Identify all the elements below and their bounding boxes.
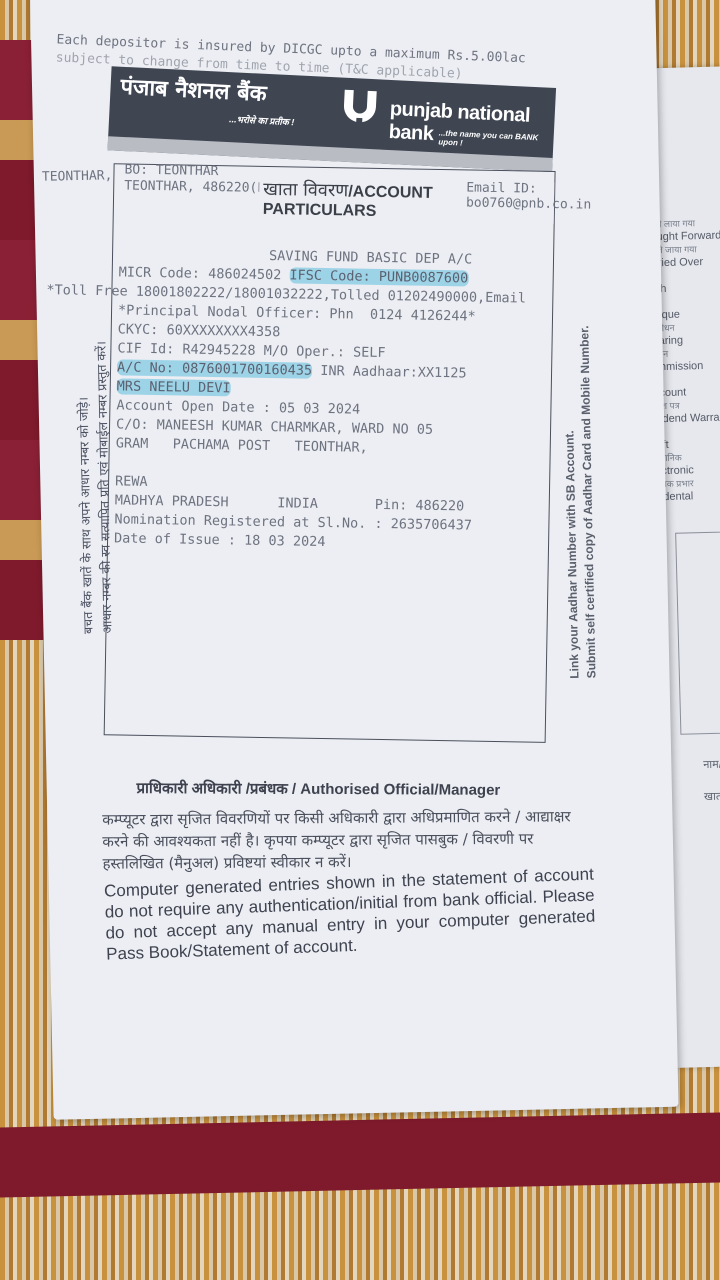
account-label: खाता (704, 789, 720, 805)
background-fabric-band (0, 1112, 720, 1197)
manual-entry-note-english: Computer generated entries shown in the … (104, 864, 597, 965)
stamp-box (675, 530, 720, 735)
account-number: A/C No: 0876001700160435 (117, 359, 312, 378)
pnb-logo-icon (341, 88, 379, 124)
branch-email: Email ID: bo0760@pnb.co.in (466, 180, 592, 212)
account-details: SAVING FUND BASIC DEP A/C MICR Code: 486… (114, 244, 527, 555)
aadhaar-note-english: Link your Aadhar Number with SB Account.… (559, 325, 600, 679)
bank-tagline-hindi: ...भरोसे का प्रतीक ! (229, 112, 295, 128)
manual-entry-note-hindi: कम्प्यूटर द्वारा सृजित विवरणियों पर किसी… (102, 805, 582, 874)
account-holder-name: MRS NEELU DEVI (117, 378, 231, 396)
account-particulars-box: BO: TEONTHAR TEONTHAR, 486220(Ph:07661 2… (104, 163, 556, 743)
bank-name-hindi: पंजाब नैशनल बैंक (120, 71, 267, 108)
ifsc-code: IFSC Code: PUNB0087600 (289, 267, 468, 286)
branch-office: BO: TEONTHAR (124, 162, 218, 179)
authorised-official-label: प्राधिकारी अधिकारी /प्रबंधक / Authorised… (136, 778, 500, 800)
aadhaar-note-hindi: बचत बैंक खातें के साथ अपने आधार नम्बर को… (72, 341, 116, 634)
branch-city: TEONTHAR, (42, 168, 113, 184)
passbook-front-page: Each depositor is insured by DICGC upto … (30, 0, 679, 1120)
name-label: नाम/Name (703, 756, 720, 772)
